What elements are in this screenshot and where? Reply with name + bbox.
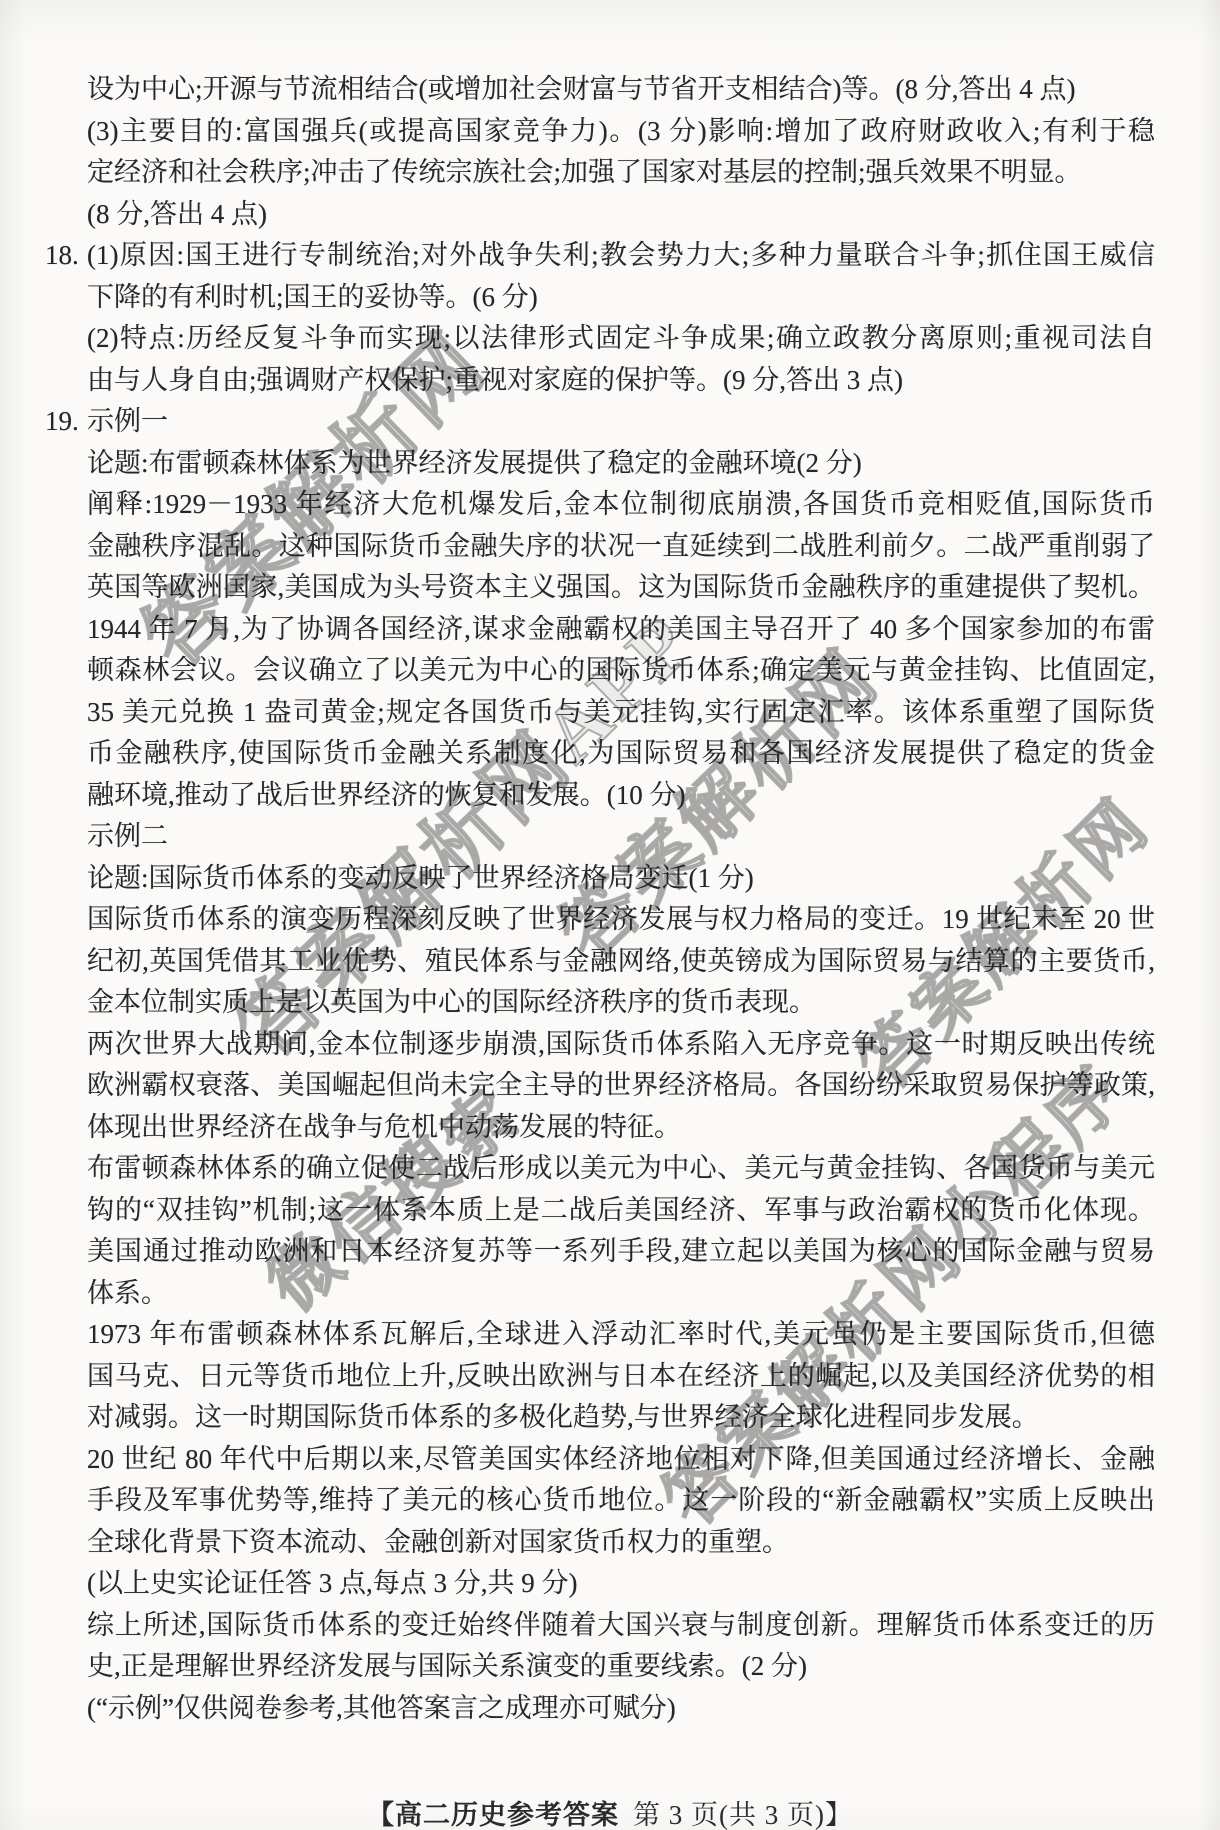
line-text: 阐释:1929－1933 年经济大危机爆发后,金本位制彻底崩溃,各国货币竞相贬值…	[87, 489, 1155, 519]
text-line: 1944 年 7 月,为了协调各国经济,谋求金融霸权的美国主导召开了 40 多个…	[0, 609, 1220, 651]
line-text: 1973 年布雷顿森林体系瓦解后,全球进入浮动汇率时代,美元虽仍是主要国际货币,…	[87, 1319, 1155, 1349]
text-line: 论题:国际货币体系的变动反映了世界经济格局变迁(1 分)	[0, 858, 1220, 900]
text-line: 国际货币体系的演变历程深刻反映了世界经济发展与权力格局的变迁。19 世纪末至 2…	[0, 899, 1220, 941]
line-text: 论题:布雷顿森林体系为世界经济发展提供了稳定的金融环境(2 分)	[87, 448, 862, 478]
text-line: 金本位制实质上是以英国为中心的国际经济秩序的货币表现。	[0, 982, 1220, 1024]
text-line: 钩的“双挂钩”机制;这一体系本质上是二战后美国经济、军事与政治霸权的货币化体现。	[0, 1190, 1220, 1232]
answer-lines: 设为中心;开源与节流相结合(或增加社会财富与节省开支相结合)等。(8 分,答出 …	[0, 69, 1220, 1729]
line-text: 论题:国际货币体系的变动反映了世界经济格局变迁(1 分)	[87, 863, 754, 893]
text-line: 金融秩序混乱。这种国际货币金融失序的状况一直延续到二战胜利前夕。二战严重削弱了	[0, 526, 1220, 568]
line-text: 定经济和社会秩序;冲击了传统宗族社会;加强了国家对基层的控制;强兵效果不明显。	[87, 157, 1082, 187]
text-line: (“示例”仅供阅卷参考,其他答案言之成理亦可赋分)	[0, 1688, 1220, 1730]
text-line: 体现出世界经济在战争与危机中动荡发展的特征。	[0, 1107, 1220, 1149]
line-text: 体系。	[87, 1278, 168, 1308]
footer-page-number: 第 3 页(共 3 页)】	[633, 1800, 853, 1830]
text-line: 手段及军事优势等,维持了美元的核心货币地位。这一阶段的“新金融霸权”实质上反映出	[0, 1480, 1220, 1522]
line-text: 35 美元兑换 1 盎司黄金;规定各国货币与美元挂钩,实行固定汇率。该体系重塑了…	[87, 697, 1155, 727]
line-text: 示例二	[87, 821, 168, 851]
line-text: 两次世界大战期间,金本位制逐步崩溃,国际货币体系陷入无序竞争。这一时期反映出传统	[87, 1029, 1155, 1059]
text-line: 对减弱。这一时期国际货币体系的多极化趋势,与世界经济全球化进程同步发展。	[0, 1397, 1220, 1439]
item-number: 18.	[45, 235, 79, 277]
line-text: 英国等欧洲国家,美国成为头号资本主义强国。这为国际货币金融秩序的重建提供了契机。	[87, 572, 1155, 602]
line-text: 币金融秩序,使国际货币金融关系制度化,为国际贸易和各国经济发展提供了稳定的货金	[87, 738, 1155, 768]
line-text: 示例一	[87, 406, 168, 436]
line-text: 金本位制实质上是以英国为中心的国际经济秩序的货币表现。	[87, 987, 816, 1017]
text-line: 定经济和社会秩序;冲击了传统宗族社会;加强了国家对基层的控制;强兵效果不明显。	[0, 152, 1220, 194]
text-line: (以上史实论证任答 3 点,每点 3 分,共 9 分)	[0, 1563, 1220, 1605]
line-text: 布雷顿森林体系的确立促使二战后形成以美元为中心、美元与黄金挂钩、各国货币与美元挂	[87, 1153, 1155, 1190]
line-text: 手段及军事优势等,维持了美元的核心货币地位。这一阶段的“新金融霸权”实质上反映出	[87, 1485, 1155, 1515]
text-line: 全球化背景下资本流动、金融创新对国家货币权力的重塑。	[0, 1522, 1220, 1564]
line-text: 对减弱。这一时期国际货币体系的多极化趋势,与世界经济全球化进程同步发展。	[87, 1402, 1039, 1432]
line-text: 欧洲霸权衰落、美国崛起但尚未完全主导的世界经济格局。各国纷纷采取贸易保护等政策,	[87, 1070, 1155, 1100]
line-text: 1944 年 7 月,为了协调各国经济,谋求金融霸权的美国主导召开了 40 多个…	[87, 614, 1155, 644]
footer-title: 【高二历史参考答案	[367, 1800, 619, 1830]
text-line: (3)主要目的:富国强兵(或提高国家竞争力)。(3 分)影响:增加了政府财政收入…	[0, 111, 1220, 153]
text-line: 体系。	[0, 1273, 1220, 1315]
line-text: 20 世纪 80 年代中后期以来,尽管美国实体经济地位相对下降,但美国通过经济增…	[87, 1444, 1155, 1474]
page-footer: 【高二历史参考答案第 3 页(共 3 页)】	[0, 1793, 1220, 1830]
line-text: 综上所述,国际货币体系的变迁始终伴随着大国兴衰与制度创新。理解货币体系变迁的历	[87, 1610, 1155, 1640]
text-line: 示例二	[0, 816, 1220, 858]
text-line: 顿森林会议。会议确立了以美元为中心的国际货币体系;确定美元与黄金挂钩、比值固定,	[0, 650, 1220, 692]
text-line: 综上所述,国际货币体系的变迁始终伴随着大国兴衰与制度创新。理解货币体系变迁的历	[0, 1605, 1220, 1647]
text-line: 史,正是理解世界经济发展与国际关系演变的重要线索。(2 分)	[0, 1646, 1220, 1688]
text-line: 欧洲霸权衰落、美国崛起但尚未完全主导的世界经济格局。各国纷纷采取贸易保护等政策,	[0, 1065, 1220, 1107]
line-text: 纪初,英国凭借其工业优势、殖民体系与金融网络,使英镑成为国际贸易与结算的主要货币…	[87, 946, 1155, 976]
line-text: 钩的“双挂钩”机制;这一体系本质上是二战后美国经济、军事与政治霸权的货币化体现。	[87, 1195, 1155, 1225]
text-line: 由与人身自由;强调财产权保护;重视对家庭的保护等。(9 分,答出 3 点)	[0, 360, 1220, 402]
line-text: (1)原因:国王进行专制统治;对外战争失利;教会势力大;多种力量联合斗争;抓住国…	[87, 240, 1155, 270]
line-text: 美国通过推动欧洲和日本经济复苏等一系列手段,建立起以美国为核心的国际金融与贸易	[87, 1236, 1155, 1266]
line-text: (8 分,答出 4 点)	[87, 199, 267, 229]
text-line: 币金融秩序,使国际货币金融关系制度化,为国际贸易和各国经济发展提供了稳定的货金	[0, 733, 1220, 775]
line-text: 下降的有利时机;国王的妥协等。(6 分)	[87, 282, 538, 312]
item-number: 19.	[45, 401, 79, 443]
text-line: 布雷顿森林体系的确立促使二战后形成以美元为中心、美元与黄金挂钩、各国货币与美元挂	[0, 1148, 1220, 1190]
text-line: 1973 年布雷顿森林体系瓦解后,全球进入浮动汇率时代,美元虽仍是主要国际货币,…	[0, 1314, 1220, 1356]
scanned-answer-page: 答案解析网答案解析网APP答案解析网微信搜索答案解析网答案解析网小程序 设为中心…	[0, 0, 1220, 1830]
text-line: 论题:布雷顿森林体系为世界经济发展提供了稳定的金融环境(2 分)	[0, 443, 1220, 485]
text-line: 下降的有利时机;国王的妥协等。(6 分)	[0, 277, 1220, 319]
text-line: (2)特点:历经反复斗争而实现;以法律形式固定斗争成果;确立政教分离原则;重视司…	[0, 318, 1220, 360]
text-line: 纪初,英国凭借其工业优势、殖民体系与金融网络,使英镑成为国际贸易与结算的主要货币…	[0, 941, 1220, 983]
line-text: 国际货币体系的演变历程深刻反映了世界经济发展与权力格局的变迁。19 世纪末至 2…	[87, 904, 1155, 934]
text-line: 国马克、日元等货币地位上升,反映出欧洲与日本在经济上的崛起,以及美国经济优势的相	[0, 1356, 1220, 1398]
line-text: 国马克、日元等货币地位上升,反映出欧洲与日本在经济上的崛起,以及美国经济优势的相	[87, 1361, 1155, 1391]
text-line: 两次世界大战期间,金本位制逐步崩溃,国际货币体系陷入无序竞争。这一时期反映出传统	[0, 1024, 1220, 1066]
line-text: (“示例”仅供阅卷参考,其他答案言之成理亦可赋分)	[87, 1693, 676, 1723]
text-line: 20 世纪 80 年代中后期以来,尽管美国实体经济地位相对下降,但美国通过经济增…	[0, 1439, 1220, 1481]
line-text: (2)特点:历经反复斗争而实现;以法律形式固定斗争成果;确立政教分离原则;重视司…	[87, 323, 1155, 353]
line-text: 金融秩序混乱。这种国际货币金融失序的状况一直延续到二战胜利前夕。二战严重削弱了	[87, 531, 1155, 561]
text-line: (8 分,答出 4 点)	[0, 194, 1220, 236]
line-text: 融环境,推动了战后世界经济的恢复和发展。(10 分)	[87, 780, 685, 810]
line-text: (以上史实论证任答 3 点,每点 3 分,共 9 分)	[87, 1568, 577, 1598]
line-text: (3)主要目的:富国强兵(或提高国家竞争力)。(3 分)影响:增加了政府财政收入…	[87, 116, 1155, 146]
text-line: 美国通过推动欧洲和日本经济复苏等一系列手段,建立起以美国为核心的国际金融与贸易	[0, 1231, 1220, 1273]
line-text: 史,正是理解世界经济发展与国际关系演变的重要线索。(2 分)	[87, 1651, 807, 1681]
line-text: 全球化背景下资本流动、金融创新对国家货币权力的重塑。	[87, 1527, 789, 1557]
line-text: 设为中心;开源与节流相结合(或增加社会财富与节省开支相结合)等。(8 分,答出 …	[87, 74, 1075, 104]
text-line: 19.示例一	[0, 401, 1220, 443]
text-line: 融环境,推动了战后世界经济的恢复和发展。(10 分)	[0, 775, 1220, 817]
text-line: 设为中心;开源与节流相结合(或增加社会财富与节省开支相结合)等。(8 分,答出 …	[0, 69, 1220, 111]
line-text: 由与人身自由;强调财产权保护;重视对家庭的保护等。(9 分,答出 3 点)	[87, 365, 903, 395]
text-line: 18.(1)原因:国王进行专制统治;对外战争失利;教会势力大;多种力量联合斗争;…	[0, 235, 1220, 277]
line-text: 体现出世界经济在战争与危机中动荡发展的特征。	[87, 1112, 681, 1142]
text-line: 阐释:1929－1933 年经济大危机爆发后,金本位制彻底崩溃,各国货币竞相贬值…	[0, 484, 1220, 526]
text-line: 35 美元兑换 1 盎司黄金;规定各国货币与美元挂钩,实行固定汇率。该体系重塑了…	[0, 692, 1220, 734]
line-text: 顿森林会议。会议确立了以美元为中心的国际货币体系;确定美元与黄金挂钩、比值固定,	[87, 655, 1155, 685]
text-line: 英国等欧洲国家,美国成为头号资本主义强国。这为国际货币金融秩序的重建提供了契机。	[0, 567, 1220, 609]
